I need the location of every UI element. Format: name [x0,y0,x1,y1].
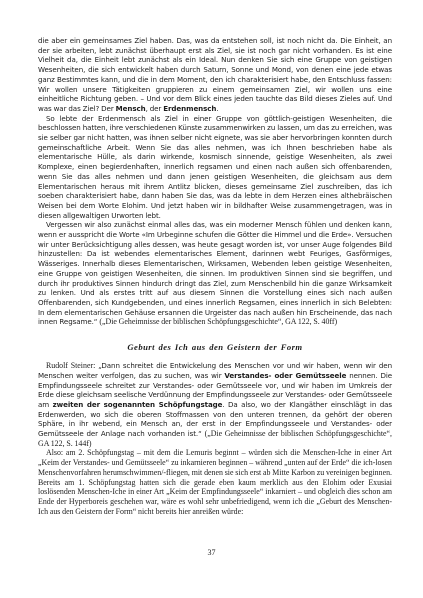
text-segment: Mensch [116,104,146,113]
text-segment: , der [146,104,164,113]
document-page: die aber ein gemeinsames Ziel haben. Das… [0,0,423,598]
text-segment: Also: am 2. Schöpfungstag – mit dem die … [38,448,392,515]
paragraph: Vergessen wir also zunächst einmal alles… [38,220,392,327]
section-heading: Geburt des Ich aus den Geistern der Form [38,342,392,352]
text-segment: zweiten der sogenannten Schöpfungstage [53,400,223,409]
text-segment: Erdenmensch [163,104,216,113]
text-segment: . [216,104,218,113]
paragraph: Rudolf Steiner: „Dann schreitet die Entw… [38,361,392,448]
paragraph: So lebte der Erdenmensch als Ziel in ein… [38,114,392,221]
text-segment: So lebte der Erdenmensch als Ziel in ein… [38,114,392,220]
paragraph: Also: am 2. Schöpfungstag – mit dem die … [38,448,392,516]
text-block: die aber ein gemeinsames Ziel haben. Das… [38,36,392,516]
page-number: 37 [0,548,423,557]
text-segment: („Die Geheimnisse der biblischen Schöpfu… [99,317,337,326]
text-segment: Verstandes- oder Gemütsseele [224,371,346,380]
text-segment: die aber ein gemeinsames Ziel haben. Das… [38,36,392,113]
text-segment: Vergessen wir also zunächst einmal alles… [38,220,392,326]
text-segment: Rudolf Steiner: [46,361,98,370]
paragraph: die aber ein gemeinsames Ziel haben. Das… [38,36,392,114]
